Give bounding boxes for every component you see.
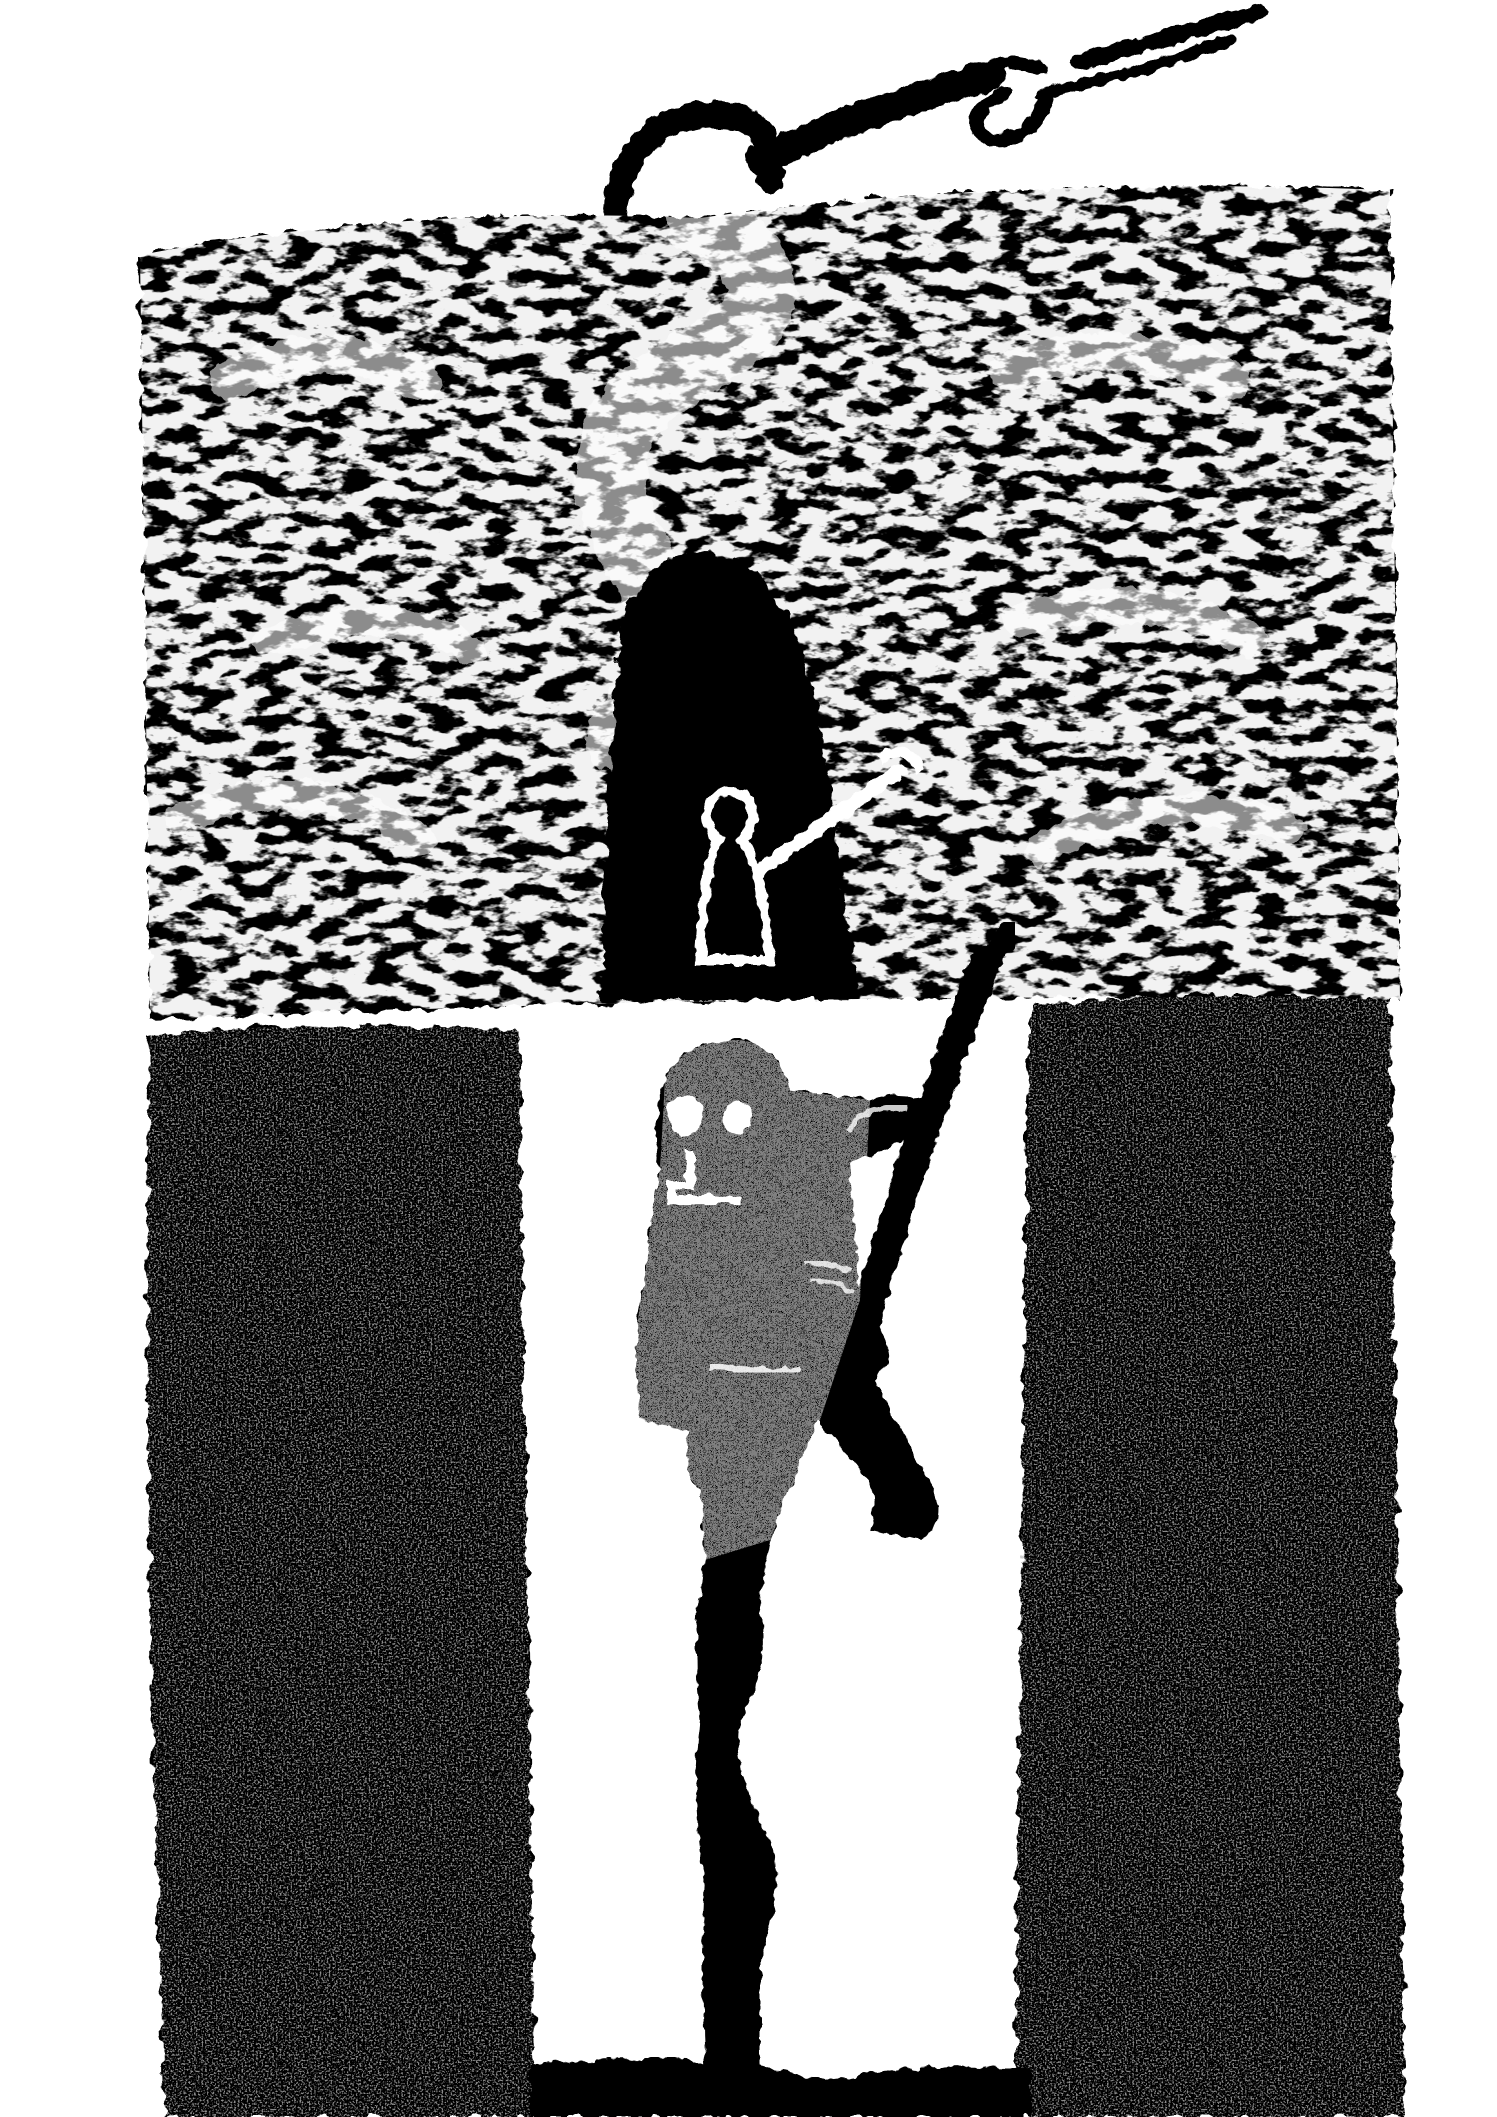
illustration-canvas [0, 0, 1497, 2117]
right-pillar [1015, 996, 1405, 2117]
textured-top-block [130, 180, 1410, 1030]
left-pillar [147, 1026, 535, 2117]
